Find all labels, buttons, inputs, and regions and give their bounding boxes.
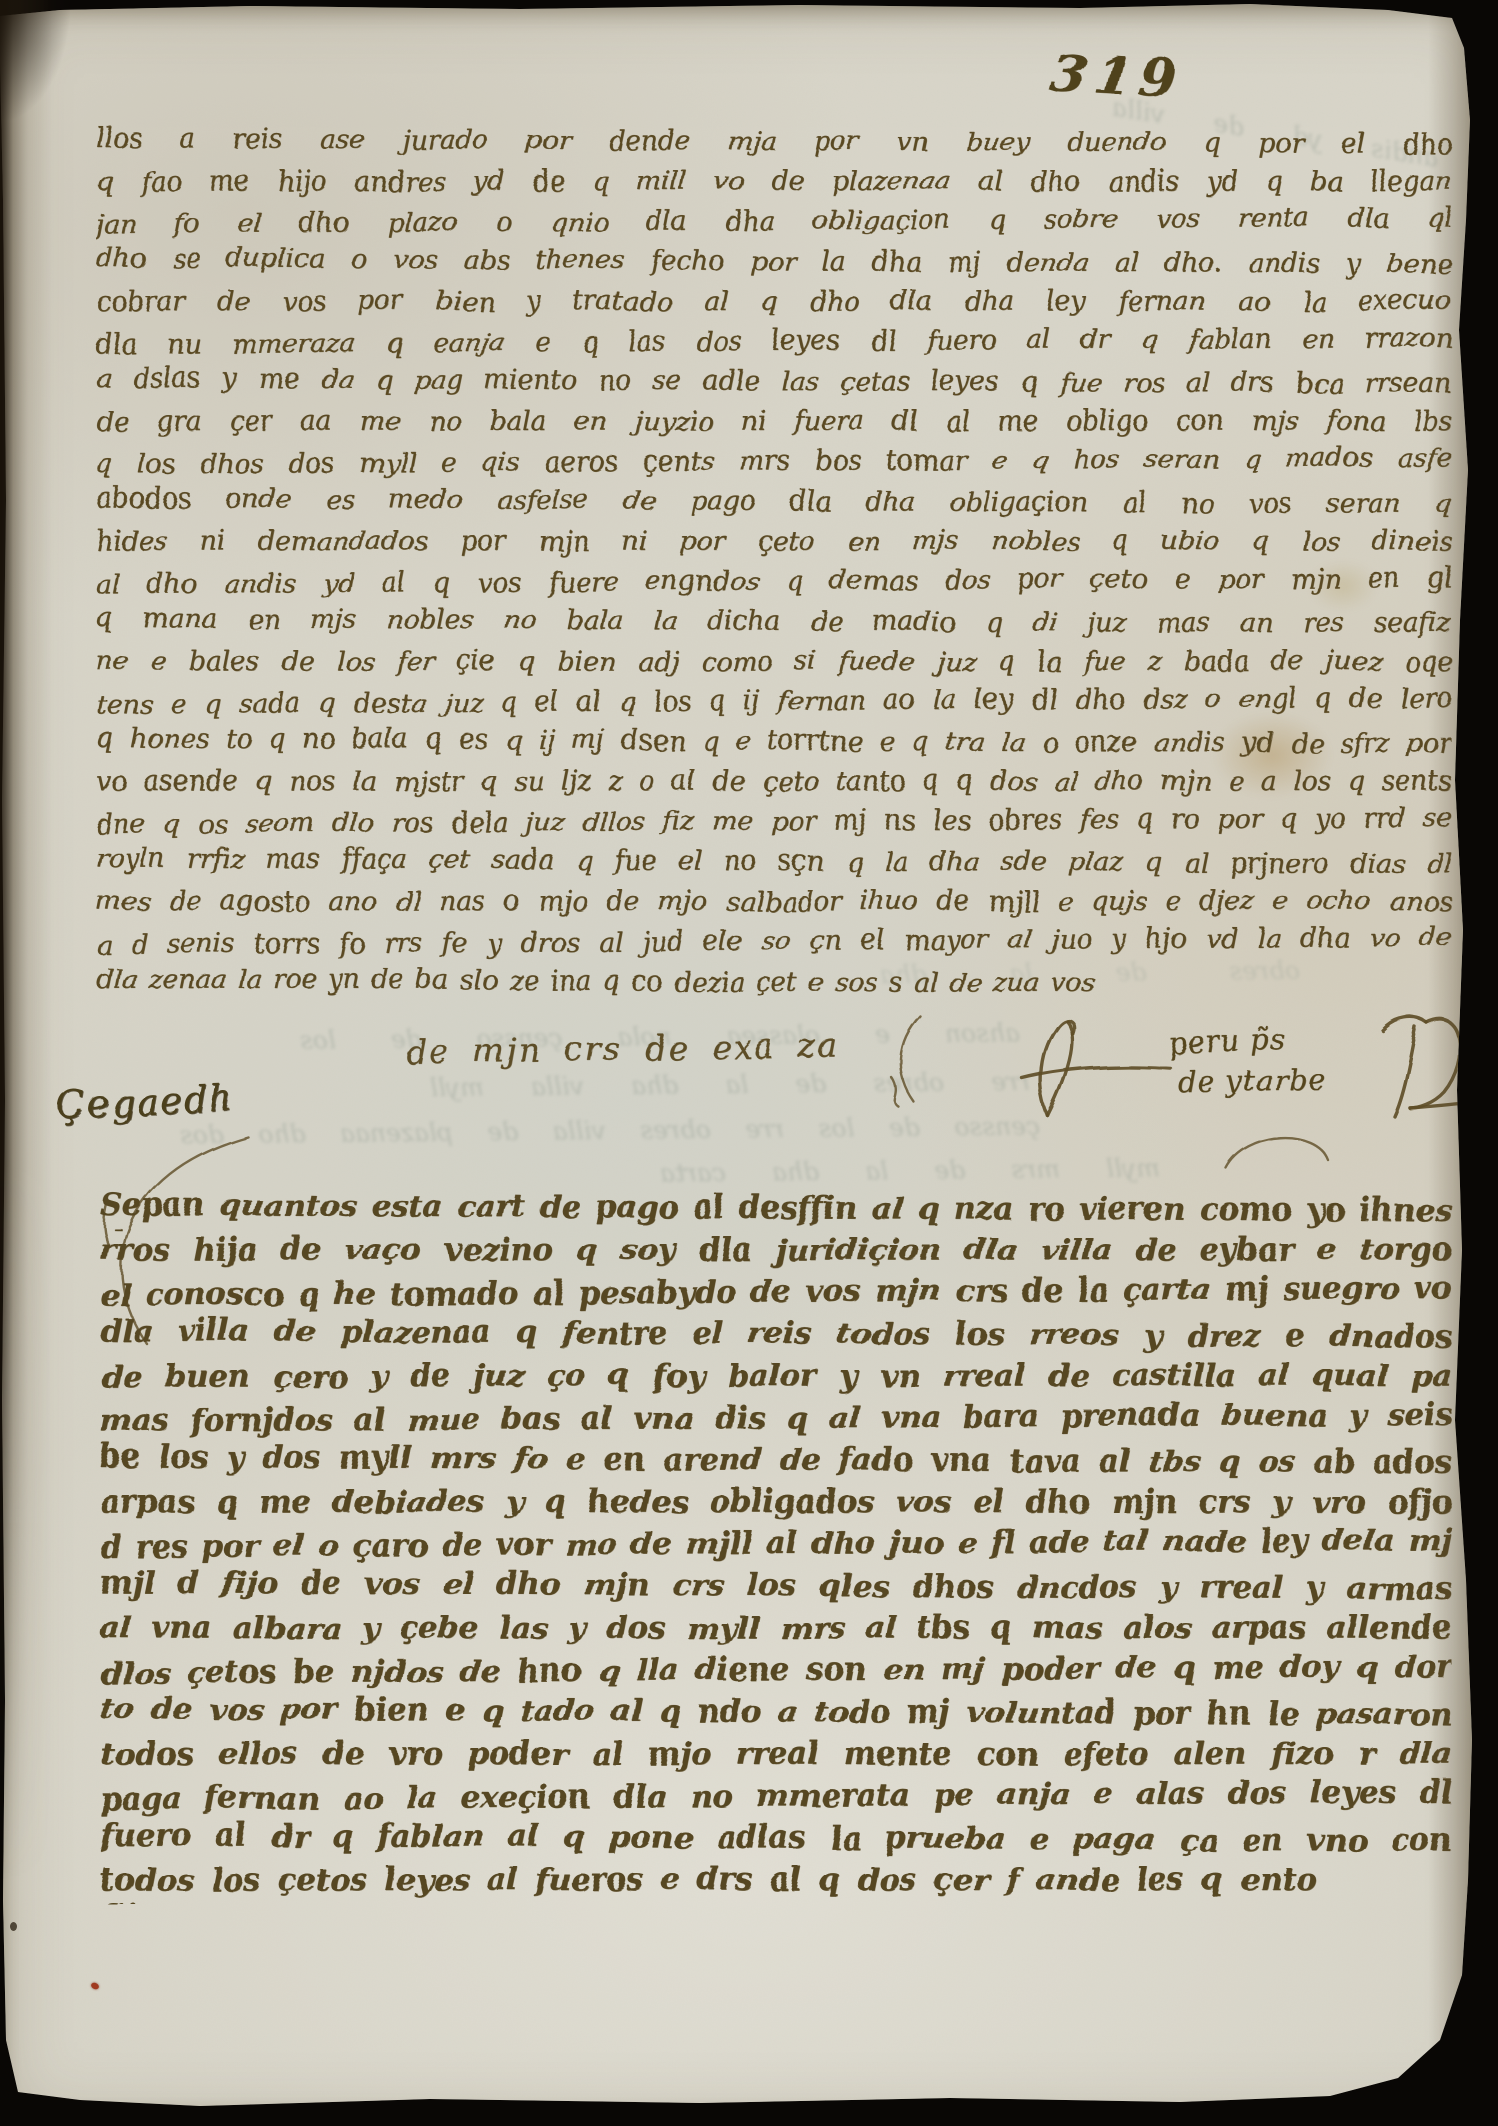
paragraph-1: llos a reis ase jurado por dende mja por… [96, 126, 1452, 1006]
text-line: cobrar de vos por bien y tratado al q dh… [96, 286, 1452, 326]
paragraph-2: Sepan quantos esta cart de pago al desff… [100, 1190, 1452, 1904]
text-line: hides ni demandados por mjn ni por çeto … [96, 526, 1452, 566]
margin-note: Çegaedh [55, 1077, 236, 1126]
text-line: abodos onde es medo asfelse de pago dla … [96, 483, 1452, 529]
manuscript-scan: ahson e olassea nola çensso de losrre ob… [0, 0, 1498, 2126]
text-line: to de vos por bien e q tado al q ndo a t… [100, 1691, 1452, 1739]
top-left-binding-corner [0, 0, 70, 120]
text-line: todos los çetos leyes al fueros e drs al… [100, 1862, 1317, 1904]
text-line: arpas q me debiades y q hedes obligados … [100, 1484, 1452, 1526]
text-line: al dho andis yd al q vos fuere engndos q… [96, 562, 1452, 609]
text-line: de gra çer aa me no bala en juyzio ni fu… [96, 406, 1452, 446]
text-line: d res por el o çaro de vor mo de mjll al… [100, 1522, 1452, 1571]
text-line: paga fernan ao la exeçion dla no mmerata… [100, 1774, 1452, 1823]
text-line: a d senis torrs fo rrs fe y dros al jud … [96, 922, 1452, 969]
text-line: mas fornjdos al mue bas al vna dis q al … [100, 1396, 1452, 1445]
amount-line: de mjn crs de exa za [406, 1023, 927, 1071]
text-line: a dslas y me da q pag miento no se adle … [96, 363, 1452, 409]
text-line: q los dhos dos myll e qis aeros çents mr… [96, 442, 1452, 489]
text-line: jan fo el dho plazo o qnio dla dha oblig… [96, 202, 1452, 249]
binding-shadow [0, 0, 52, 1880]
text-line: mes de agosto ano dl nas o mjo de mjo sa… [96, 886, 1452, 926]
text-line: dla zenaa la roe yn de ba slo ze ina q c… [96, 964, 1127, 1008]
signature-name-line1: peru p̃s [1167, 1022, 1286, 1060]
text-line: Sepan quantos esta cart de pago al desff… [100, 1187, 1452, 1235]
text-line: mjl d fijo de vos el dho mjn crs los qle… [100, 1565, 1452, 1613]
text-line: ne e bales de los fer çie q bien adj com… [96, 646, 1452, 686]
text-line: dho se duplica o vos abs thenes fecho po… [96, 243, 1452, 289]
amount-line-flourish-icon [886, 1012, 946, 1108]
text-line: vo asende q nos la mjstr q su ljz z o al… [96, 766, 1452, 806]
text-line: dla nu mmeraza q eanja e q las dos leyes… [96, 322, 1452, 369]
right-edge-shadow [1428, 0, 1474, 2126]
text-line: royln rrfiz mas ffaça çet sada q fue el … [96, 843, 1452, 889]
folio-number: 319 [1048, 41, 1185, 112]
text-line: q mana en mjs nobles no bala la dicha de… [96, 603, 1452, 649]
text-line: al vna albara y çebe las y dos myll mrs … [100, 1610, 1452, 1652]
text-line: de buen çero y de juz ço q foy balor y v… [100, 1358, 1452, 1400]
text-line: be los y dos myll mrs fo e en arend de f… [100, 1439, 1452, 1487]
text-line: q fao me hijo andres yd de q mill vo de … [96, 166, 1452, 206]
text-line: todos ellos de vro poder al mjo rreal me… [100, 1736, 1452, 1778]
text-line: tens e q sada q desta juz q el al q los … [96, 682, 1452, 729]
paper-sheet: ahson e olassea nola çensso de losrre ob… [0, 0, 1498, 2126]
text-line: dne q os seom dlo ros dela juz dllos fiz… [96, 802, 1452, 849]
text-line: el conosco q he tomado al pesabydo de vo… [100, 1270, 1452, 1319]
text-line: fuero al dr q fablan al q pone adlas la … [100, 1817, 1452, 1865]
ink-layer: 319 llos a reis ase jurado por dende mja… [0, 0, 1498, 2126]
text-line: rros hija de vaço vezino q soy dla jurid… [100, 1232, 1452, 1274]
text-line: dla villa de plazenaa q fentre el reis t… [100, 1313, 1452, 1361]
signature-block: peru p̃s de ytarbe [1018, 998, 1478, 1173]
signature-name-line2: de ytarbe [1178, 1063, 1327, 1100]
text-line: dlos çetos be njdos de hno q lla diene s… [100, 1648, 1452, 1697]
text-line: q hones to q no bala q es q ij mj dsen q… [96, 723, 1452, 769]
text-line: llos a reis ase jurado por dende mja por… [96, 123, 1452, 169]
